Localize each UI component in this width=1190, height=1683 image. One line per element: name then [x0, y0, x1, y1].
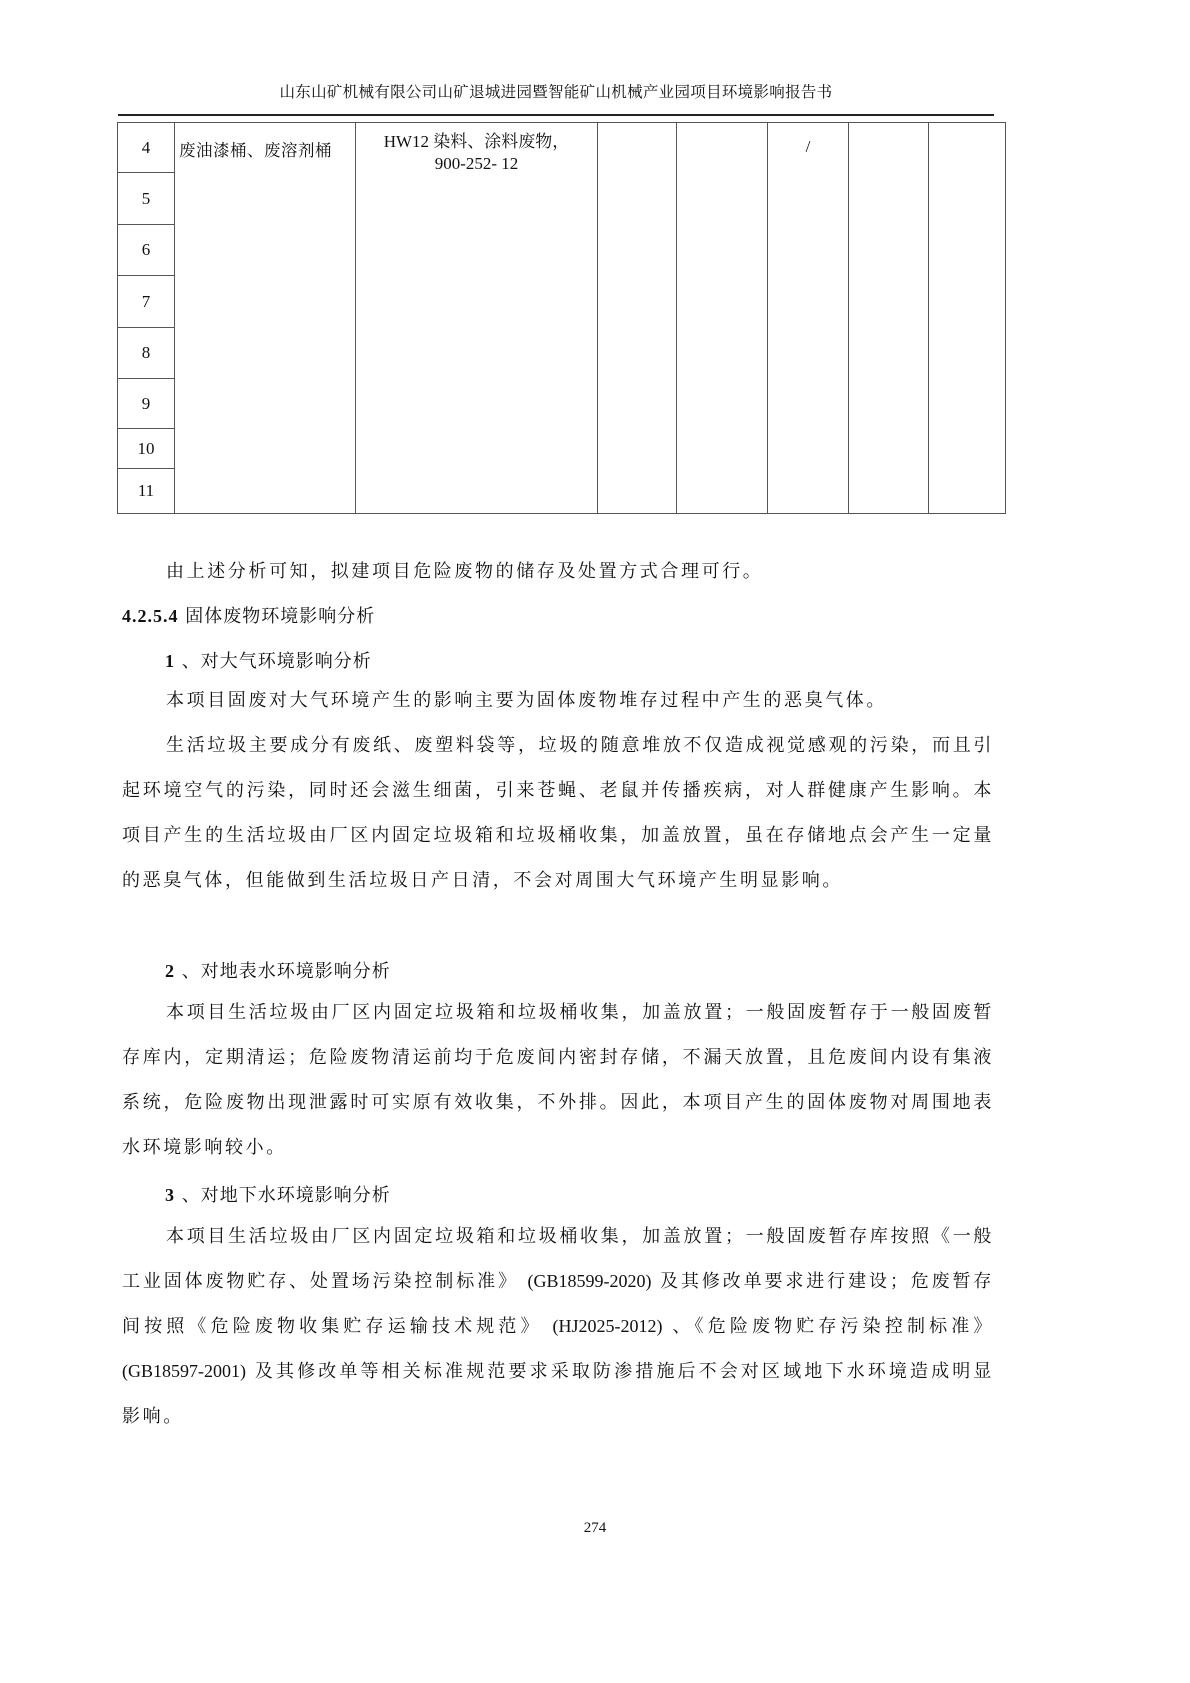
text: 、《危险废物贮存污染控制标准》	[663, 1316, 994, 1337]
subheading-number: 3	[165, 1185, 175, 1205]
table-row: 4 废油漆桶、废溶剂桶 HW12 染料、涂料废物， 900-252- 12 /	[118, 123, 1006, 173]
table-cell	[849, 123, 929, 514]
paragraph-domestic-waste: 生活垃圾主要成分有废纸、废塑料袋等，垃圾的随意堆放不仅造成视觉感观的污染，而且引…	[122, 723, 994, 903]
subheading-title: 、对大气环境影响分析	[175, 651, 372, 672]
standard-code: (GB18597-2001)	[122, 1361, 246, 1381]
waste-code-line1: HW12 染料、涂料废物，	[356, 131, 597, 153]
subheading-groundwater: 3 、对地下水环境影响分析	[165, 1181, 391, 1207]
text: 及其修改单等相关标准规范要求采取防渗措施后不会对区域地下水环境造成明显影响。	[122, 1361, 994, 1427]
waste-name: 废油漆桶、废溶剂桶	[175, 123, 356, 514]
standard-code: (GB18599-2020)	[527, 1271, 651, 1291]
table-cell-slash: /	[768, 123, 849, 514]
row-number: 8	[118, 328, 175, 379]
subheading-number: 1	[165, 651, 175, 671]
section-number: 4.2.5.4	[122, 606, 179, 626]
subheading-title: 、对地表水环境影响分析	[175, 961, 391, 982]
section-title: 固体废物环境影响分析	[179, 606, 376, 627]
table-cell	[677, 123, 768, 514]
row-number: 7	[118, 276, 175, 328]
subheading-air: 1 、对大气环境影响分析	[165, 647, 372, 673]
header-rule	[118, 114, 994, 116]
table-cell	[598, 123, 677, 514]
subheading-number: 2	[165, 961, 175, 981]
hazardous-waste-table: 4 废油漆桶、废溶剂桶 HW12 染料、涂料废物， 900-252- 12 / …	[117, 122, 1006, 514]
row-number: 4	[118, 123, 175, 173]
waste-code: HW12 染料、涂料废物， 900-252- 12	[356, 123, 598, 514]
waste-code-line2: 900-252- 12	[356, 153, 597, 175]
row-number: 5	[118, 173, 175, 225]
subheading-title: 、对地下水环境影响分析	[175, 1185, 391, 1206]
standard-code: (HJ2025-2012)	[553, 1316, 663, 1336]
row-number: 9	[118, 379, 175, 429]
section-heading: 4.2.5.4 固体废物环境影响分析	[122, 602, 375, 628]
paragraph-groundwater: 本项目生活垃圾由厂区内固定垃圾箱和垃圾桶收集，加盖放置；一般固废暂存库按照《一般…	[122, 1214, 994, 1439]
row-number: 10	[118, 429, 175, 469]
paragraph-air-intro: 本项目固废对大气环境产生的影响主要为固体废物堆存过程中产生的恶臭气体。	[122, 678, 994, 723]
row-number: 11	[118, 469, 175, 514]
paragraph-surface-water: 本项目生活垃圾由厂区内固定垃圾箱和垃圾桶收集，加盖放置；一般固废暂存于一般固废暂…	[122, 990, 994, 1170]
running-header: 山东山矿机械有限公司山矿退城进园暨智能矿山机械产业园项目环境影响报告书	[118, 80, 994, 102]
table-cell	[929, 123, 1006, 514]
page-number: 274	[0, 1520, 1190, 1537]
conclusion-paragraph: 由上述分析可知，拟建项目危险废物的储存及处置方式合理可行。	[122, 549, 994, 594]
subheading-surface-water: 2 、对地表水环境影响分析	[165, 957, 391, 983]
row-number: 6	[118, 225, 175, 276]
